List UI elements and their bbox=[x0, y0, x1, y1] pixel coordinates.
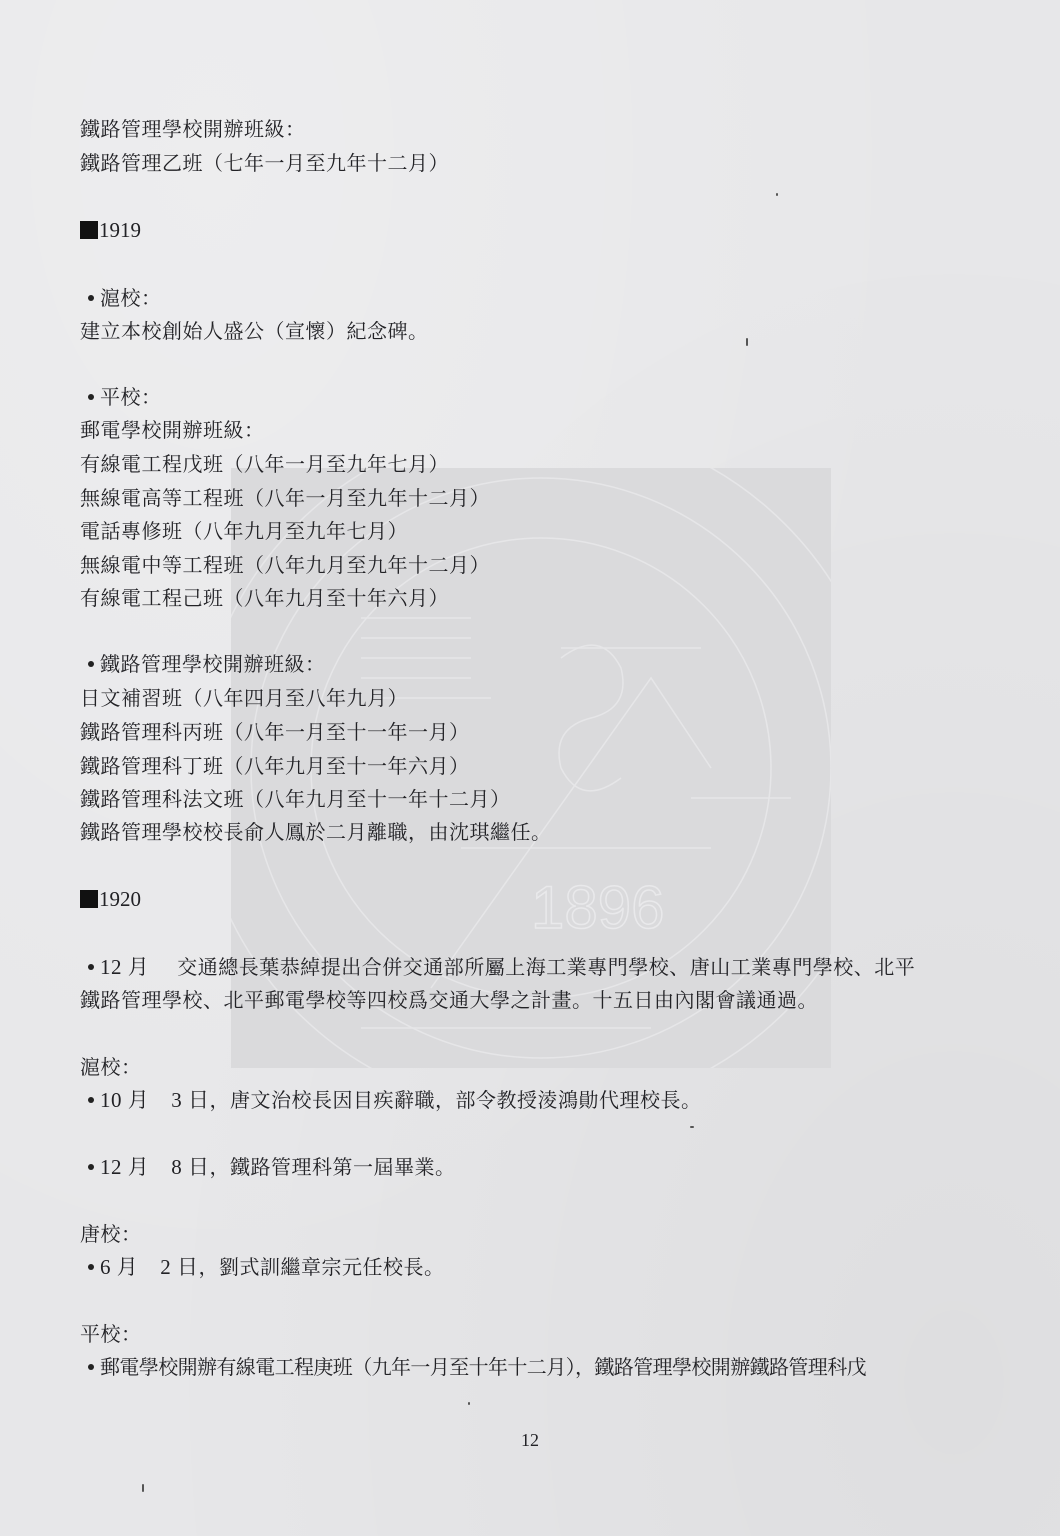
document-page: 鐵路管理學校開辦班級： 鐵路管理乙班（七年一月至九年十二月） 1919 滬校： … bbox=[0, 0, 1060, 1536]
scan-speck bbox=[746, 338, 748, 346]
class-item: 無線電高等工程班（八年一月至九年十二月） bbox=[80, 486, 490, 510]
bullet-icon bbox=[88, 661, 94, 667]
class-item: 鐵路管理科丁班（八年九月至十一年六月） bbox=[80, 754, 470, 778]
scan-speck bbox=[690, 1126, 694, 1128]
bullet-icon bbox=[88, 295, 94, 301]
event-text: 建立本校創始人盛公（宣懷）紀念碑。 bbox=[80, 319, 429, 343]
bullet-icon bbox=[88, 1364, 94, 1370]
rail-school-classes-heading: 鐵路管理學校開辦班級： bbox=[80, 117, 306, 141]
bullet-icon bbox=[88, 1264, 94, 1270]
bullet-icon bbox=[88, 1164, 94, 1170]
hu-school-label: 滬校： bbox=[88, 286, 162, 310]
black-square-icon bbox=[80, 890, 98, 908]
scan-speck bbox=[776, 193, 778, 196]
year-heading-1920: 1920 bbox=[80, 887, 141, 911]
page-number: 12 bbox=[0, 1430, 1060, 1451]
black-square-icon bbox=[80, 221, 98, 239]
class-item: 鐵路管理科丙班（八年一月至十一年一月） bbox=[80, 720, 470, 744]
general-event: 12 月交通總長葉恭綽提出合併交通部所屬上海工業專門學校、唐山工業專門學校、北平 bbox=[88, 955, 915, 979]
ping-school-label: 平校： bbox=[88, 385, 162, 409]
bullet-icon bbox=[88, 964, 94, 970]
class-item: 鐵路管理乙班（七年一月至九年十二月） bbox=[80, 151, 449, 175]
event-text: 郵電學校開辦有線電工程庚班（九年一月至十年十二月），鐵路管理學校開辦鐵路管理科戊 bbox=[88, 1355, 866, 1379]
class-item: 有線電工程己班（八年九月至十年六月） bbox=[80, 586, 449, 610]
hu-school-label: 滬校： bbox=[80, 1055, 142, 1079]
scan-speck bbox=[468, 1402, 470, 1405]
general-event-continued: 鐵路管理學校、北平郵電學校等四校爲交通大學之計畫。十五日由內閣會議通過。 bbox=[80, 988, 818, 1012]
post-school-classes-heading: 郵電學校開辦班級： bbox=[80, 418, 265, 442]
class-item: 鐵路管理科法文班（八年九月至十一年十二月） bbox=[80, 787, 511, 811]
dated-event: 12 月8 日，鐵路管理科第一屆畢業。 bbox=[88, 1155, 456, 1179]
tang-school-label: 唐校： bbox=[80, 1222, 142, 1246]
scan-speck bbox=[142, 1484, 144, 1492]
event-text: 鐵路管理學校校長俞人鳳於二月離職，由沈琪繼任。 bbox=[80, 820, 552, 844]
class-item: 無線電中等工程班（八年九月至九年十二月） bbox=[80, 553, 490, 577]
ping-school-label: 平校： bbox=[80, 1322, 142, 1346]
rail-school-classes-heading: 鐵路管理學校開辦班級： bbox=[88, 652, 326, 676]
dated-event: 6 月2 日，劉式訓繼章宗元任校長。 bbox=[88, 1255, 445, 1279]
bullet-icon bbox=[88, 1097, 94, 1103]
dated-event: 10 月3 日，唐文治校長因目疾辭職，部令教授淩鴻勛代理校長。 bbox=[88, 1088, 702, 1112]
class-item: 日文補習班（八年四月至八年九月） bbox=[80, 686, 408, 710]
bullet-icon bbox=[88, 394, 94, 400]
class-item: 電話專修班（八年九月至九年七月） bbox=[80, 519, 408, 543]
year-heading-1919: 1919 bbox=[80, 218, 141, 242]
class-item: 有線電工程戊班（八年一月至九年七月） bbox=[80, 452, 449, 476]
